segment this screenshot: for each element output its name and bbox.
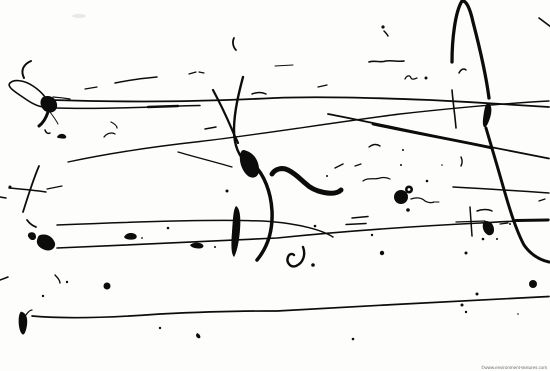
ink-texture-svg xyxy=(0,0,550,371)
ink-blob xyxy=(37,234,55,250)
ink-stroke xyxy=(148,106,178,107)
ink-stroke xyxy=(178,152,232,167)
ink-stroke xyxy=(52,97,549,107)
ink-blob xyxy=(483,221,494,235)
ink-stroke xyxy=(252,93,266,95)
ink-dot xyxy=(400,164,402,166)
ink-stroke xyxy=(47,186,62,189)
ink-dot xyxy=(441,164,443,166)
ink-stroke xyxy=(26,310,32,315)
ink-dot xyxy=(352,338,355,341)
ink-stroke xyxy=(50,112,58,124)
ink-dot xyxy=(394,190,408,204)
ink-dot xyxy=(402,149,404,151)
ink-stroke xyxy=(539,18,550,27)
ink-stroke xyxy=(456,221,485,222)
ink-stroke xyxy=(369,61,404,62)
ink-blob xyxy=(28,232,36,240)
ink-dot xyxy=(42,295,44,297)
ink-stroke xyxy=(335,164,343,168)
ink-stroke xyxy=(539,199,545,201)
ink-stroke xyxy=(352,217,368,219)
ink-dot xyxy=(476,293,479,296)
ink-dot xyxy=(529,280,537,288)
ink-stroke xyxy=(104,133,115,137)
ink-dot xyxy=(406,208,410,212)
ink-stroke xyxy=(22,61,31,78)
ink-dot xyxy=(159,327,161,329)
ink-stroke xyxy=(189,72,196,74)
ink-dot xyxy=(214,246,216,248)
ink-stroke xyxy=(355,164,361,166)
ink-dot xyxy=(425,77,428,80)
ink-stroke xyxy=(411,198,434,203)
ink-dot xyxy=(380,251,384,255)
ink-blob xyxy=(124,233,137,240)
ink-stroke xyxy=(384,31,388,36)
ink-stroke xyxy=(373,124,492,148)
ink-dot xyxy=(381,25,384,28)
ink-stroke xyxy=(55,275,60,283)
ink-stroke xyxy=(199,72,204,73)
ink-blob xyxy=(190,243,203,249)
ink-dot xyxy=(482,238,485,241)
ink-stroke xyxy=(57,220,333,237)
ink-blob xyxy=(57,134,66,139)
ink-dot xyxy=(517,313,519,315)
ink-smudge xyxy=(72,14,86,18)
ink-dot xyxy=(465,311,467,313)
ink-blob xyxy=(240,150,259,178)
ink-dot xyxy=(9,186,12,189)
ink-stroke xyxy=(0,197,6,198)
ink-dot xyxy=(326,175,328,177)
watermark-text: ©www.environment-textures.com xyxy=(481,365,547,370)
ink-dot xyxy=(496,238,498,240)
ink-stroke xyxy=(0,277,8,280)
ink-dot xyxy=(141,237,143,239)
ink-dot xyxy=(226,190,229,193)
ink-dot xyxy=(311,263,315,267)
ink-stroke xyxy=(516,220,548,221)
ink-stroke xyxy=(477,210,492,212)
ink-stroke xyxy=(318,85,327,87)
ink-stroke xyxy=(39,112,48,126)
ink-stroke xyxy=(32,297,549,318)
ink-stroke xyxy=(233,38,236,50)
ink-dot xyxy=(314,225,317,228)
ink-stroke xyxy=(272,169,341,194)
ink-dot xyxy=(509,223,511,225)
ink-dot xyxy=(104,283,111,290)
ink-dot xyxy=(167,227,170,230)
ink-dot xyxy=(426,180,429,183)
ink-stroke xyxy=(369,145,380,147)
ink-stroke xyxy=(85,87,97,89)
ink-texture-image: ©www.environment-textures.com xyxy=(0,0,550,371)
ink-stroke xyxy=(115,77,157,83)
ink-dot xyxy=(465,252,468,255)
ink-stroke xyxy=(346,224,366,225)
ink-stroke xyxy=(275,65,293,66)
ink-stroke xyxy=(253,164,272,260)
ink-stroke xyxy=(53,97,70,99)
ink-stroke xyxy=(205,127,216,129)
ink-stroke xyxy=(111,122,117,128)
ink-stroke xyxy=(287,247,304,266)
ink-stroke xyxy=(68,101,549,162)
ink-stroke xyxy=(461,157,462,166)
ink-stroke xyxy=(500,223,508,224)
ink-blob xyxy=(231,206,240,257)
ink-stroke xyxy=(452,1,489,98)
ink-stroke xyxy=(9,188,46,192)
ink-dot xyxy=(66,281,68,283)
ink-blob xyxy=(483,103,492,127)
ink-dot xyxy=(408,188,411,191)
ink-dot xyxy=(371,234,373,236)
ink-stroke xyxy=(453,187,549,193)
ink-blob xyxy=(196,333,200,338)
ink-stroke xyxy=(405,76,417,79)
ink-stroke xyxy=(459,69,466,73)
ink-blob xyxy=(40,96,57,113)
ink-stroke xyxy=(27,220,36,227)
ink-stroke xyxy=(45,130,50,133)
ink-stroke xyxy=(363,178,390,181)
ink-dot xyxy=(461,304,464,307)
